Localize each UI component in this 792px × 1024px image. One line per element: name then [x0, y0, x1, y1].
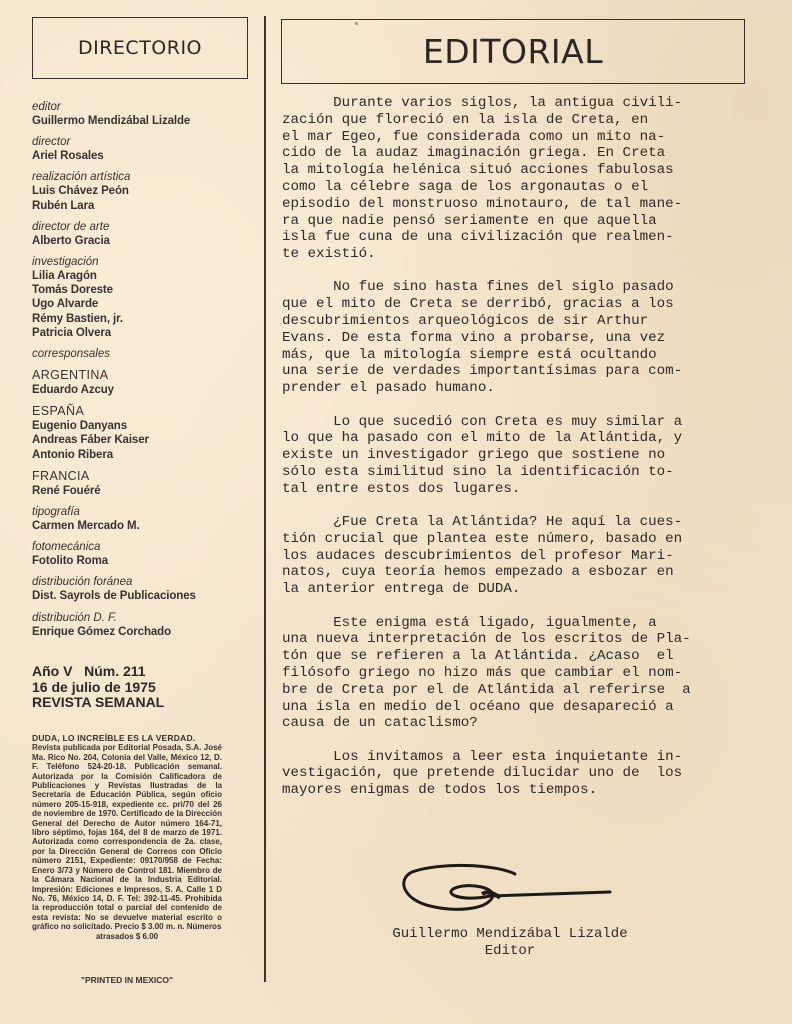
staff-group: directorAriel Rosales — [32, 135, 257, 163]
staff-group: tipografíaCarmen Mercado M. — [32, 505, 257, 533]
legal-body: Revista publicada por Editorial Posada, … — [32, 743, 222, 931]
staff-group: distribución foráneaDist. Sayrols de Pub… — [32, 575, 257, 603]
staff-group: fotomecánicaFotolito Roma — [32, 540, 257, 568]
staff-person: Eduardo Azcuy — [32, 383, 257, 397]
staff-group: realización artísticaLuis Chávez PeónRub… — [32, 170, 257, 212]
staff-role: director — [32, 135, 257, 149]
legal-tail: atrasados $ 6.00 — [32, 932, 222, 941]
staff-person: Ariel Rosales — [32, 149, 257, 163]
staff-role: investigación — [32, 255, 257, 269]
issue-number: Año V Núm. 211 — [32, 664, 257, 680]
editorial-body: Durante varios siglos, la antigua civili… — [282, 95, 772, 815]
staff-person: Antonio Ribera — [32, 448, 257, 462]
staff-role: distribución foránea — [32, 575, 257, 589]
staff-person: Rémy Bastien, jr. — [32, 312, 257, 326]
staff-person: Carmen Mercado M. — [32, 519, 257, 533]
staff-group: ESPAÑAEugenio DanyansAndreas Fáber Kaise… — [32, 404, 257, 462]
staff-role: tipografía — [32, 505, 257, 519]
staff-person: Rubén Lara — [32, 199, 257, 213]
staff-person: Luis Chávez Peón — [32, 184, 257, 198]
directory-heading: DIRECTORIO — [78, 37, 202, 59]
staff-group: FRANCIARené Fouéré — [32, 469, 257, 498]
issue-frequency: REVISTA SEMANAL — [32, 695, 257, 711]
staff-group: distribución D. F.Enrique Gómez Corchado — [32, 611, 257, 639]
staff-group: director de arteAlberto Gracia — [32, 220, 257, 248]
staff-role: distribución D. F. — [32, 611, 257, 625]
correspondents-list: ARGENTINAEduardo AzcuyESPAÑAEugenio Dany… — [32, 368, 257, 498]
staff-person: Andreas Fáber Kaiser — [32, 433, 257, 447]
staff-group: ARGENTINAEduardo Azcuy — [32, 368, 257, 397]
staff-role: director de arte — [32, 220, 257, 234]
editorial-paragraph: Los invitamos a leer esta inquietante in… — [282, 749, 772, 799]
editorial-paragraph: No fue sino hasta fines del siglo pasado… — [282, 279, 772, 397]
staff-person: Dist. Sayrols de Publicaciones — [32, 589, 257, 603]
staff-role: corresponsales — [32, 347, 257, 361]
staff-person: Lilia Aragón — [32, 269, 257, 283]
staff-person: Alberto Gracia — [32, 234, 257, 248]
staff-group: corresponsales — [32, 347, 257, 361]
staff-groups-secondary: tipografíaCarmen Mercado M.fotomecánicaF… — [32, 505, 257, 639]
editorial-paragraph: ¿Fue Creta la Atlántida? He aquí la cues… — [282, 514, 772, 598]
legal-lead: DUDA, LO INCREÍBLE ES LA VERDAD. — [32, 734, 222, 743]
editorial-paragraph: Durante varios siglos, la antigua civili… — [282, 95, 772, 263]
column-divider — [264, 16, 266, 982]
staff-groups: editorGuillermo Mendizábal Lizaldedirect… — [32, 100, 257, 361]
staff-group: editorGuillermo Mendizábal Lizalde — [32, 100, 257, 128]
signature-block: Guillermo Mendizábal Lizalde Editor — [360, 860, 680, 970]
staff-group: investigaciónLilia AragónTomás DoresteUg… — [32, 255, 257, 340]
country-name: ESPAÑA — [32, 404, 257, 419]
editorial-heading-box: EDITORIAL — [281, 19, 745, 84]
country-name: ARGENTINA — [32, 368, 257, 383]
signature-name: Guillermo Mendizábal Lizalde — [360, 926, 660, 943]
staff-person: Guillermo Mendizábal Lizalde — [32, 114, 257, 128]
editorial-paragraph: Lo que sucedió con Creta es muy similar … — [282, 414, 772, 498]
issue-info: Año V Núm. 211 16 de julio de 1975 REVIS… — [32, 664, 257, 711]
signature-icon — [400, 860, 630, 920]
issue-date: 16 de julio de 1975 — [32, 680, 257, 696]
staff-directory: editorGuillermo Mendizábal Lizaldedirect… — [32, 100, 257, 646]
legal-notice: DUDA, LO INCREÍBLE ES LA VERDAD. Revista… — [32, 734, 222, 941]
printed-in-mexico: "PRINTED IN MEXICO" — [32, 975, 222, 985]
staff-role: realización artística — [32, 170, 257, 184]
staff-person: Eugenio Danyans — [32, 419, 257, 433]
editorial-paragraph: Este enigma está ligado, igualmente, a u… — [282, 615, 772, 733]
staff-person: Tomás Doreste — [32, 283, 257, 297]
editorial-heading: EDITORIAL — [423, 32, 603, 71]
staff-person: René Fouéré — [32, 484, 257, 498]
staff-person: Ugo Alvarde — [32, 297, 257, 311]
staff-person: Patricia Olvera — [32, 326, 257, 340]
country-name: FRANCIA — [32, 469, 257, 484]
staff-role: editor — [32, 100, 257, 114]
signature-title: Editor — [360, 943, 660, 960]
directory-heading-box: DIRECTORIO — [32, 17, 248, 79]
staff-person: Fotolito Roma — [32, 554, 257, 568]
staff-role: fotomecánica — [32, 540, 257, 554]
paper-speck — [355, 22, 358, 25]
staff-person: Enrique Gómez Corchado — [32, 625, 257, 639]
